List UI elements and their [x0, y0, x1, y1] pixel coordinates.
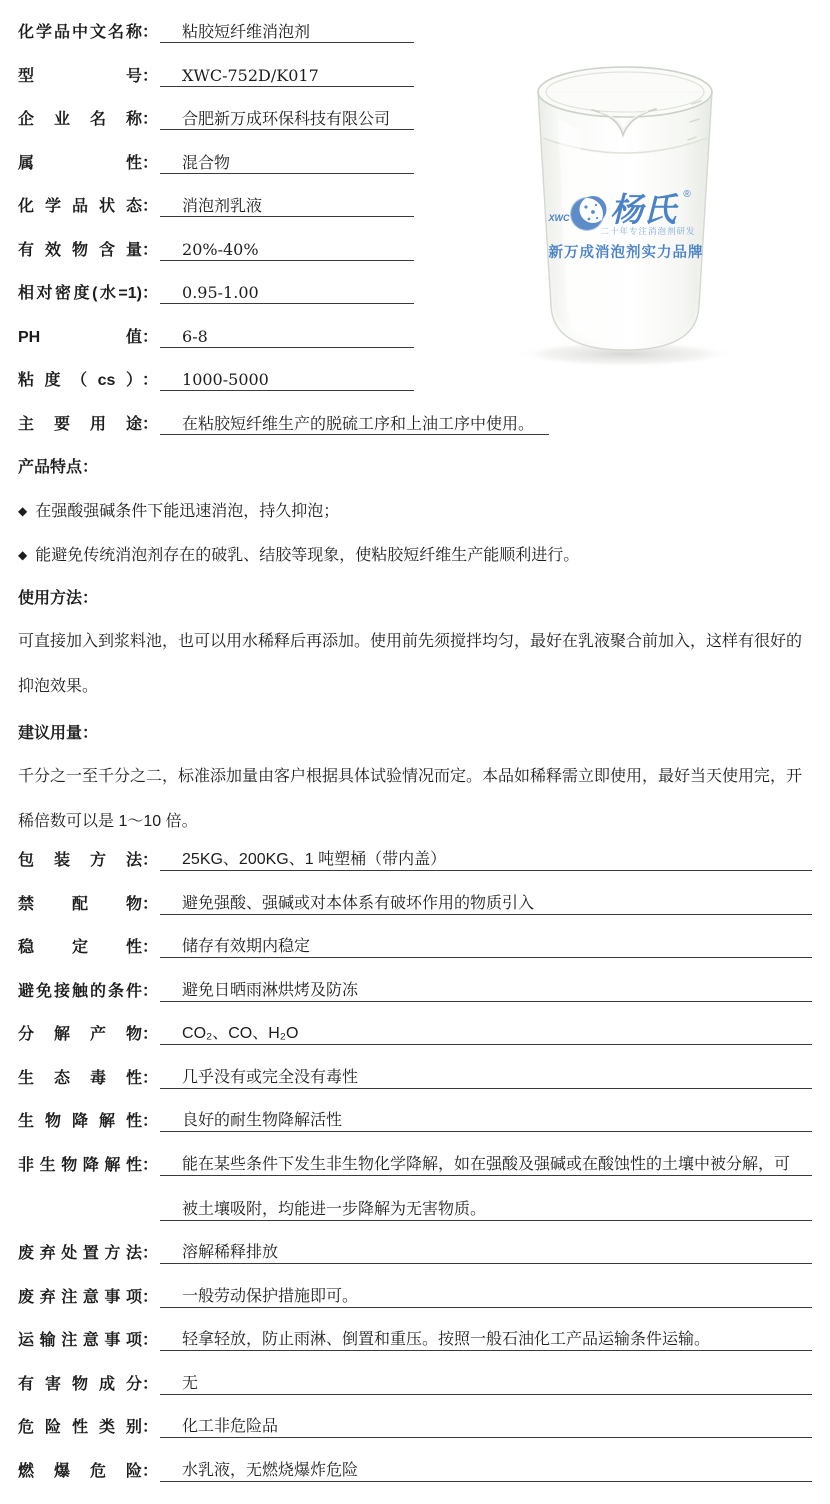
field-row-packaging: 包装方法： 25KG、200KG、1 吨塑桶（带内盖）: [18, 850, 812, 871]
field-colon: ：: [142, 1111, 160, 1132]
field-colon: ：: [142, 327, 160, 348]
field-colon: ：: [142, 22, 160, 43]
field-row-biodegradability: 生物降解性： 良好的耐生物降解活性: [18, 1111, 812, 1132]
field-row-disposal-notes: 废弃注意事项： 一般劳动保护措施即可。: [18, 1287, 812, 1308]
field-label: 分解产物: [18, 1024, 142, 1045]
field-value: 无: [160, 1374, 812, 1395]
field-value: 溶解稀释排放: [160, 1243, 812, 1264]
field-colon: ：: [142, 153, 160, 174]
field-colon: ：: [142, 850, 160, 871]
field-label: 化学品状态: [18, 196, 142, 217]
field-row-incompatibles: 禁配物： 避免强酸、强碱或对本体系有破坏作用的物质引入: [18, 894, 812, 915]
field-value: 6-8: [160, 327, 414, 348]
field-colon: ：: [142, 1374, 160, 1395]
field-label: 稳定性: [18, 937, 142, 958]
diamond-bullet-icon: ◆: [18, 545, 27, 566]
field-value: 储存有效期内稳定: [160, 937, 812, 958]
field-row-harmful-components: 有害物成分： 无: [18, 1374, 812, 1395]
field-row-ecotoxicity: 生态毒性： 几乎没有或完全没有毒性: [18, 1068, 812, 1089]
field-label: 燃爆危险: [18, 1461, 142, 1482]
field-value-multiline: 能在某些条件下发生非生物化学降解，如在强酸及强碱或在酸蚀性的土壤中被分解，可 被…: [160, 1155, 812, 1221]
field-value: 在粘胶短纤维生产的脱硫工序和上油工序中使用。: [160, 414, 549, 435]
field-value: CO₂、CO、H₂O: [160, 1024, 812, 1045]
field-colon: ：: [142, 1287, 160, 1308]
beaker-illustration: XWC 杨氏 ® 二十年专注消泡剂研发 新万成消泡剂实力品牌: [496, 38, 796, 368]
field-label: PH值: [18, 327, 142, 348]
feature-item: ◆ 在强酸强碱条件下能迅速消泡，持久抑泡；: [18, 501, 812, 522]
field-colon: ：: [142, 981, 160, 1002]
field-label: 相对密度(水=1): [18, 283, 142, 304]
field-value: 几乎没有或完全没有毒性: [160, 1068, 812, 1089]
field-value: 粘胶短纤维消泡剂: [160, 22, 414, 43]
product-image: XWC 杨氏 ® 二十年专注消泡剂研发 新万成消泡剂实力品牌: [496, 38, 796, 368]
field-label: 有害物成分: [18, 1374, 142, 1395]
field-label: 废弃注意事项: [18, 1287, 142, 1308]
field-colon: ：: [142, 1243, 160, 1264]
section-heading-features: 产品特点：: [18, 457, 812, 478]
field-colon: ：: [142, 283, 160, 304]
field-label: 废弃处置方法: [18, 1243, 142, 1264]
field-label: 有效物含量: [18, 240, 142, 261]
field-row-conditions-to-avoid: 避免接触的条件： 避免日晒雨淋烘烤及防冻: [18, 981, 812, 1002]
field-row-main-use: 主要用途： 在粘胶短纤维生产的脱硫工序和上油工序中使用。: [18, 414, 812, 435]
field-value: 避免日晒雨淋烘烤及防冻: [160, 981, 812, 1002]
field-value: 混合物: [160, 153, 414, 174]
feature-text: 在强酸强碱条件下能迅速消泡，持久抑泡；: [35, 501, 339, 522]
field-colon: ：: [142, 1461, 160, 1482]
field-colon: ：: [142, 414, 160, 435]
field-colon: ：: [142, 937, 160, 958]
field-colon: ：: [142, 1155, 160, 1176]
usage-paragraph: 可直接加入到浆料池，也可以用水稀释后再添加。使用前先须搅拌均匀，最好在乳液聚合前…: [18, 619, 810, 709]
section-heading-dosage: 建议用量：: [18, 723, 812, 744]
field-colon: ：: [142, 66, 160, 87]
field-colon: ：: [142, 1068, 160, 1089]
beaker-rim-outer: [538, 67, 712, 117]
field-label: 型号: [18, 66, 142, 87]
field-value: 1000-5000: [160, 370, 414, 391]
field-colon: ：: [142, 196, 160, 217]
field-label: 企业名称: [18, 109, 142, 130]
field-value: 一般劳动保护措施即可。: [160, 1287, 812, 1308]
field-value-line1: 能在某些条件下发生非生物化学降解，如在强酸及强碱或在酸蚀性的土壤中被分解，可: [160, 1155, 812, 1176]
field-value: 消泡剂乳液: [160, 196, 414, 217]
brand-tagline-small: 二十年专注消泡剂研发: [600, 226, 695, 236]
field-value: 轻拿轻放，防止雨淋、倒置和重压。按照一般石油化工产品运输条件运输。: [160, 1330, 812, 1351]
field-value-line2: 被土壤吸附，均能进一步降解为无害物质。: [160, 1200, 812, 1221]
field-value: 25KG、200KG、1 吨塑桶（带内盖）: [160, 850, 812, 871]
dosage-paragraph: 千分之一至千分之二，标准添加量由客户根据具体试验情况而定。本品如稀释需立即使用，…: [18, 754, 810, 844]
field-value: 良好的耐生物降解活性: [160, 1111, 812, 1132]
field-value: 水乳液，无燃烧爆炸危险: [160, 1461, 812, 1482]
field-value: 合肥新万成环保科技有限公司: [160, 109, 414, 130]
field-value: XWC-752D/K017: [160, 66, 414, 87]
field-value: 0.95-1.00: [160, 283, 414, 304]
field-label: 属性: [18, 153, 142, 174]
field-row-hazard-class: 危险性类别： 化工非危险品: [18, 1417, 812, 1438]
field-row-disposal-method: 废弃处置方法： 溶解稀释排放: [18, 1243, 812, 1264]
field-label: 非生物降解性: [18, 1155, 142, 1176]
registered-mark: ®: [683, 189, 691, 200]
field-label: 危险性类别: [18, 1417, 142, 1438]
field-label: 生物降解性: [18, 1111, 142, 1132]
field-label: 包装方法: [18, 850, 142, 871]
field-value: 20%-40%: [160, 240, 414, 261]
field-row-decomposition-products: 分解产物： CO₂、CO、H₂O: [18, 1024, 812, 1045]
field-colon: ：: [142, 1024, 160, 1045]
section-heading-usage: 使用方法：: [18, 588, 812, 609]
field-colon: ：: [142, 370, 160, 391]
field-label: 主要用途: [18, 414, 142, 435]
field-row-stability: 稳定性： 储存有效期内稳定: [18, 937, 812, 958]
field-label: 运输注意事项: [18, 1330, 142, 1351]
field-colon: ：: [142, 1417, 160, 1438]
field-colon: ：: [142, 109, 160, 130]
field-colon: ：: [142, 240, 160, 261]
field-row-transport-notes: 运输注意事项： 轻拿轻放，防止雨淋、倒置和重压。按照一般石油化工产品运输条件运输…: [18, 1330, 812, 1351]
field-label: 粘度（cs）: [18, 370, 142, 391]
diamond-bullet-icon: ◆: [18, 501, 27, 522]
field-colon: ：: [142, 1330, 160, 1351]
field-label: 避免接触的条件: [18, 981, 142, 1002]
field-row-viscosity: 粘度（cs）： 1000-5000: [18, 370, 812, 391]
field-colon: ：: [142, 894, 160, 915]
field-value: 避免强酸、强碱或对本体系有破坏作用的物质引入: [160, 894, 812, 915]
field-row-non-biodegradability: 非生物降解性： 能在某些条件下发生非生物化学降解，如在强酸及强碱或在酸蚀性的土壤…: [18, 1155, 812, 1221]
feature-item: ◆ 能避免传统消泡剂存在的破乳、结胶等现象，使粘胶短纤维生产能顺利进行。: [18, 545, 812, 566]
brand-tagline-main: 新万成消泡剂实力品牌: [549, 243, 704, 261]
feature-text: 能避免传统消泡剂存在的破乳、结胶等现象，使粘胶短纤维生产能顺利进行。: [35, 545, 579, 566]
brand-xwc-text: XWC: [548, 213, 570, 223]
field-label: 生态毒性: [18, 1068, 142, 1089]
field-row-explosion-hazard: 燃爆危险： 水乳液，无燃烧爆炸危险: [18, 1461, 812, 1482]
brand-name-text: 杨氏: [610, 190, 679, 229]
field-label: 禁配物: [18, 894, 142, 915]
field-value: 化工非危险品: [160, 1417, 812, 1438]
field-label: 化学品中文名称: [18, 22, 142, 43]
